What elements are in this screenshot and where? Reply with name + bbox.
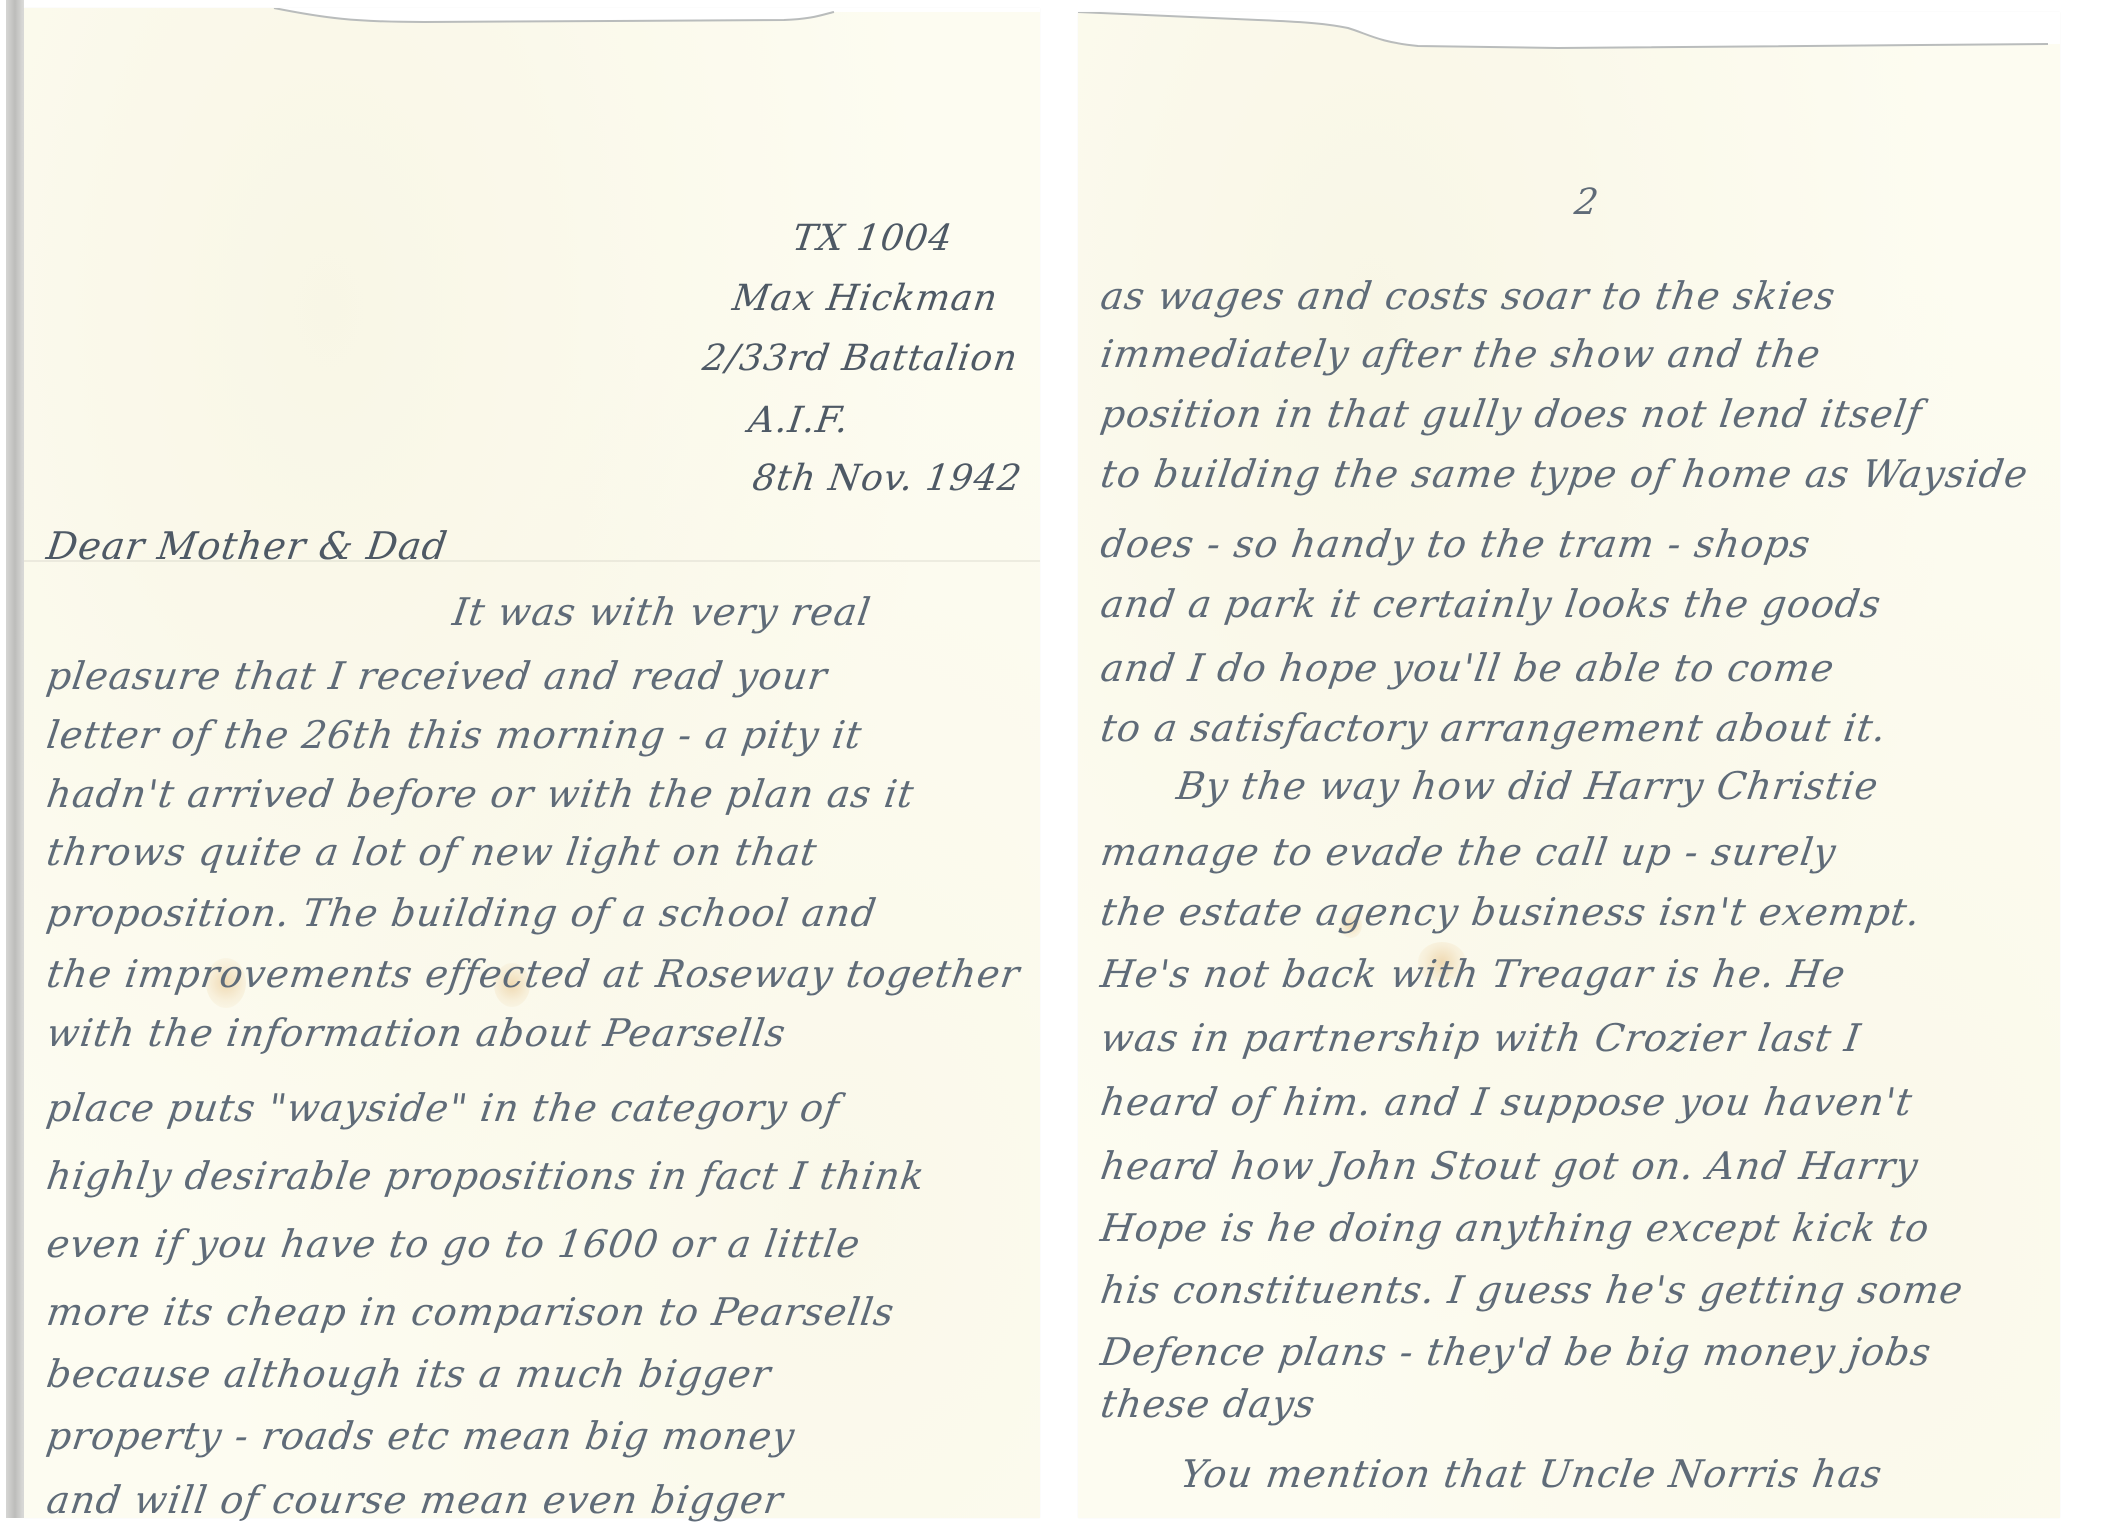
letter-line: heard how John Stout got on. And Harry bbox=[1098, 1144, 1921, 1188]
letter-line: his constituents. I guess he's getting s… bbox=[1098, 1268, 1966, 1312]
letter-line: place puts "wayside" in the category of bbox=[44, 1086, 843, 1130]
letter-line: these days bbox=[1098, 1382, 1318, 1426]
letter-date: 8th Nov. 1942 bbox=[750, 458, 1025, 499]
letter-line: You mention that Uncle Norris has bbox=[1178, 1452, 1885, 1496]
torn-top-edge bbox=[1078, 12, 2060, 72]
service-number: TX 1004 bbox=[790, 218, 955, 259]
letter-line: with the information about Pearsells bbox=[44, 1011, 789, 1055]
letter-line: to building the same type of home as Way… bbox=[1098, 452, 2031, 496]
letter-line: Defence plans - they'd be big money jobs bbox=[1098, 1330, 1934, 1374]
torn-top-edge bbox=[24, 8, 1040, 68]
letter-line: immediately after the show and the bbox=[1098, 332, 1824, 376]
letter-line: more its cheap in comparison to Pearsell… bbox=[44, 1290, 897, 1334]
letter-line: because although its a much bigger bbox=[44, 1352, 774, 1396]
letter-page-1: TX 1004 Max Hickman 2/33rd Battalion A.I… bbox=[24, 8, 1040, 1518]
letter-line: property - roads etc mean big money bbox=[44, 1414, 798, 1458]
sender-unit: 2/33rd Battalion bbox=[700, 338, 1021, 379]
letter-line: He's not back with Treagar is he. He bbox=[1098, 952, 1849, 996]
letter-line: Hope is he doing anything except kick to bbox=[1098, 1206, 1933, 1250]
letter-line: was in partnership with Crozier last I bbox=[1098, 1016, 1864, 1060]
sender-name: Max Hickman bbox=[730, 278, 1001, 319]
letter-line: as wages and costs soar to the skies bbox=[1098, 274, 1839, 318]
letter-line: heard of him. and I suppose you haven't bbox=[1098, 1080, 1916, 1124]
letter-line: hadn't arrived before or with the plan a… bbox=[44, 772, 917, 816]
letter-line: proposition. The building of a school an… bbox=[44, 891, 880, 935]
letter-line: It was with very real bbox=[450, 590, 874, 634]
letter-line: throws quite a lot of new light on that bbox=[44, 830, 820, 874]
letter-line: the improvements effected at Roseway tog… bbox=[44, 952, 1023, 996]
letter-line: and I do hope you'll be able to come bbox=[1098, 646, 1837, 690]
letter-line: position in that gully does not lend its… bbox=[1098, 392, 1925, 436]
letter-line: and will of course mean even bigger bbox=[44, 1478, 786, 1522]
letter-line: does - so handy to the tram - shops bbox=[1098, 522, 1814, 566]
letter-line: letter of the 26th this morning - a pity… bbox=[44, 713, 865, 757]
letter-line: By the way how did Harry Christie bbox=[1174, 764, 1881, 808]
letter-line: pleasure that I received and read your bbox=[44, 654, 831, 698]
letter-line: highly desirable propositions in fact I … bbox=[44, 1154, 928, 1198]
letter-line: to a satisfactory arrangement about it. bbox=[1098, 706, 1890, 750]
scanner-edge-strip bbox=[6, 0, 24, 1518]
letter-line: even if you have to go to 1600 or a litt… bbox=[44, 1222, 863, 1266]
page-number: 2 bbox=[1572, 182, 1602, 223]
sender-force: A.I.F. bbox=[746, 400, 852, 441]
letter-line: manage to evade the call up - surely bbox=[1098, 830, 1839, 874]
letter-line: and a park it certainly looks the goods bbox=[1098, 582, 1884, 626]
letter-line: the estate agency business isn't exempt. bbox=[1098, 890, 1924, 934]
letter-page-2: 2 as wages and costs soar to the skies i… bbox=[1078, 12, 2060, 1518]
salutation: Dear Mother & Dad bbox=[44, 524, 451, 568]
